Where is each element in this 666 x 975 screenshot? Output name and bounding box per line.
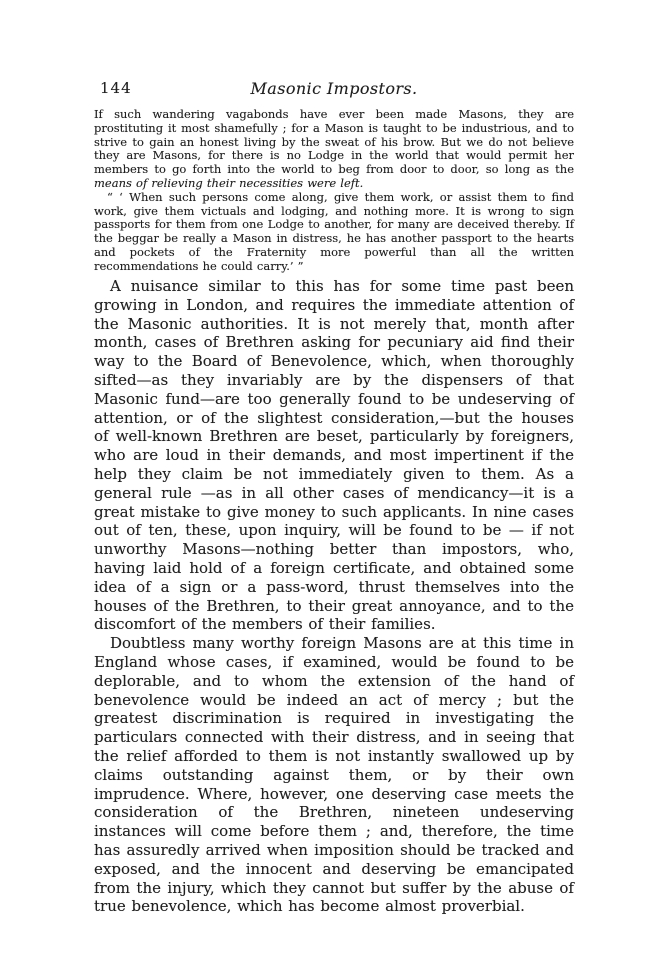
- blockquote-paragraph-1: If such wandering vagabonds have ever be…: [94, 108, 574, 191]
- running-header-title: Masonic Impostors.: [94, 79, 574, 98]
- body-paragraph-1: A nuisance similar to this has for some …: [94, 277, 574, 634]
- blockquote-paragraph-1-italic: means of relieving their necessities wer…: [94, 176, 363, 190]
- body-paragraph-2: Doubtless many worthy foreign Masons are…: [94, 634, 574, 916]
- page-number: 144: [100, 79, 132, 97]
- running-header: 144 Masonic Impostors.: [94, 79, 574, 99]
- blockquote-paragraph-1-roman: If such wandering vagabonds have ever be…: [94, 107, 574, 176]
- body-text: A nuisance similar to this has for some …: [94, 277, 574, 916]
- book-page: 144 Masonic Impostors. If such wandering…: [0, 0, 666, 975]
- blockquote-paragraph-2: “ ‘ When such persons come along, give t…: [94, 191, 574, 274]
- blockquote-extract: If such wandering vagabonds have ever be…: [94, 108, 574, 274]
